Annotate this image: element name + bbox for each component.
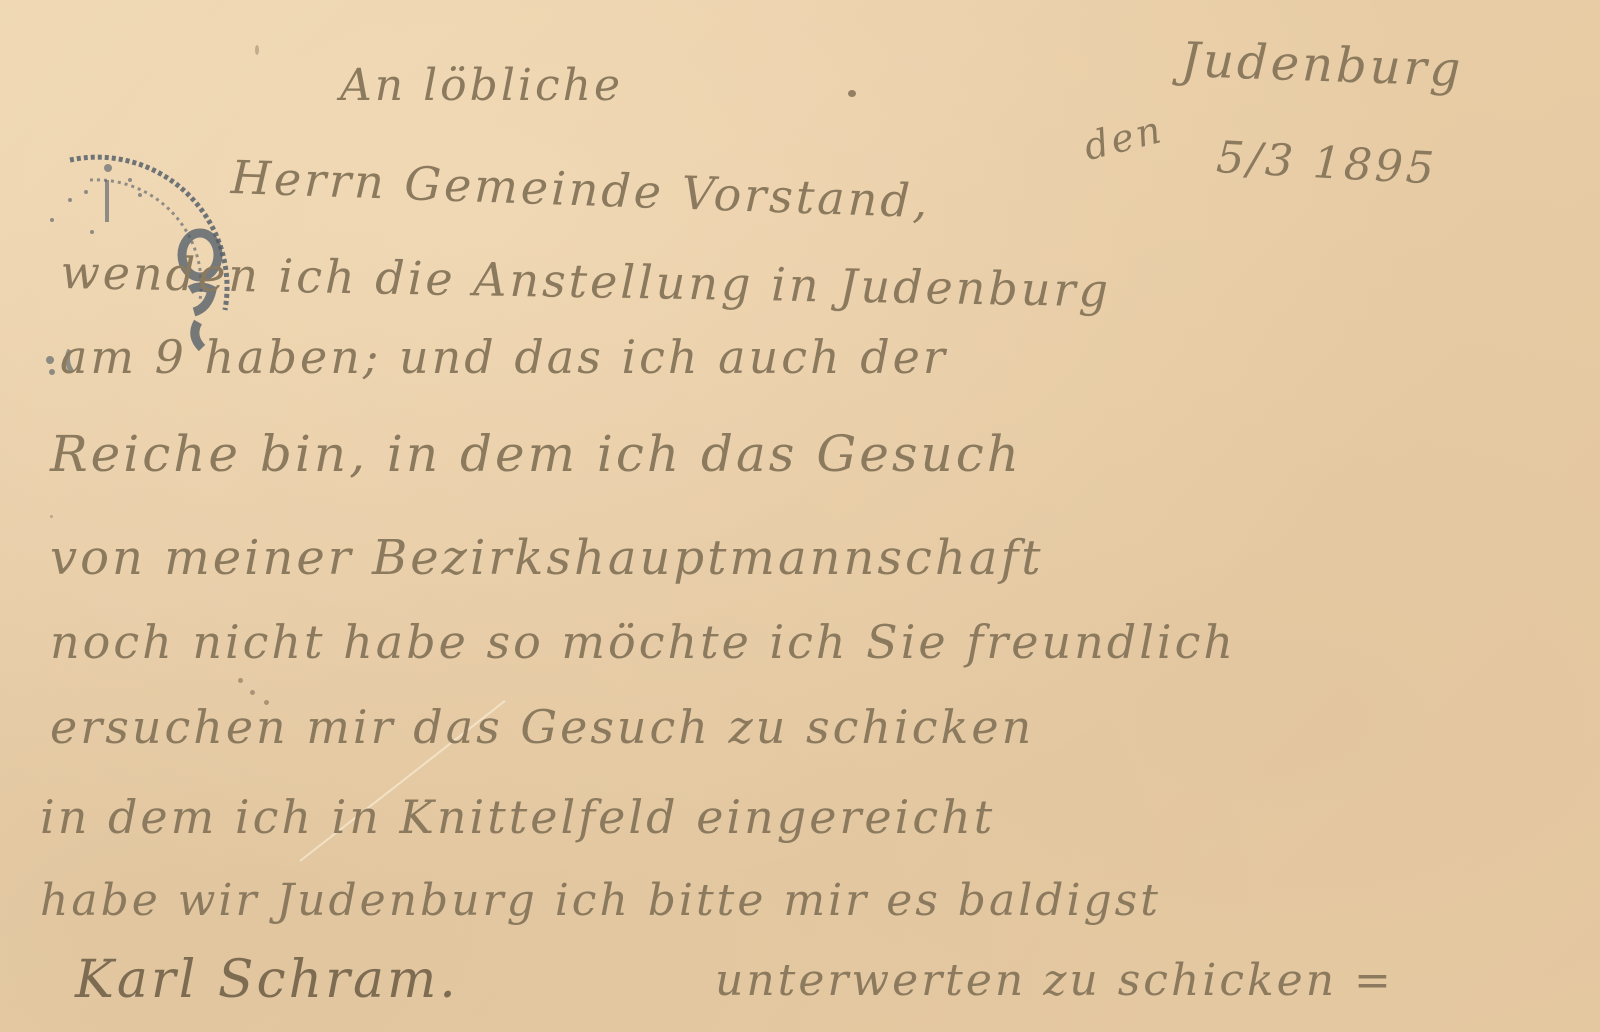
paper-blemish — [255, 45, 259, 55]
signature: Karl Schram. — [75, 950, 459, 1010]
body-line-3: Reiche bin, in dem ich das Gesuch — [50, 425, 1022, 483]
body-line-7: in dem ich in Knittelfeld eingereicht — [40, 790, 995, 844]
salutation-line-1: An löbliche — [340, 60, 623, 111]
ink-dot — [50, 515, 53, 518]
date-prefix: den — [1079, 107, 1168, 169]
body-line-2: am 9 haben; und das ich auch der — [60, 330, 948, 384]
body-line-4: von meiner Bezirkshauptmannschaft — [50, 530, 1044, 586]
body-line-6: ersuchen mir das Gesuch zu schicken — [50, 700, 1034, 754]
ink-dot — [238, 678, 243, 683]
place-name: Judenburg — [1180, 32, 1464, 98]
salutation-line-2: Herrn Gemeinde Vorstand, — [230, 150, 931, 228]
date: 5/3 1895 — [1215, 132, 1438, 194]
body-line-9: unterwerten zu schicken = — [715, 955, 1394, 1006]
postcard: Judenburg den 5/3 1895 An löbliche Herrn… — [0, 0, 1600, 1032]
body-line-5: noch nicht habe so möchte ich Sie freund… — [50, 615, 1236, 669]
ink-dot — [250, 690, 255, 695]
body-line-8: habe wir Judenburg ich bitte mir es bald… — [40, 875, 1161, 926]
ink-dot — [848, 90, 856, 97]
